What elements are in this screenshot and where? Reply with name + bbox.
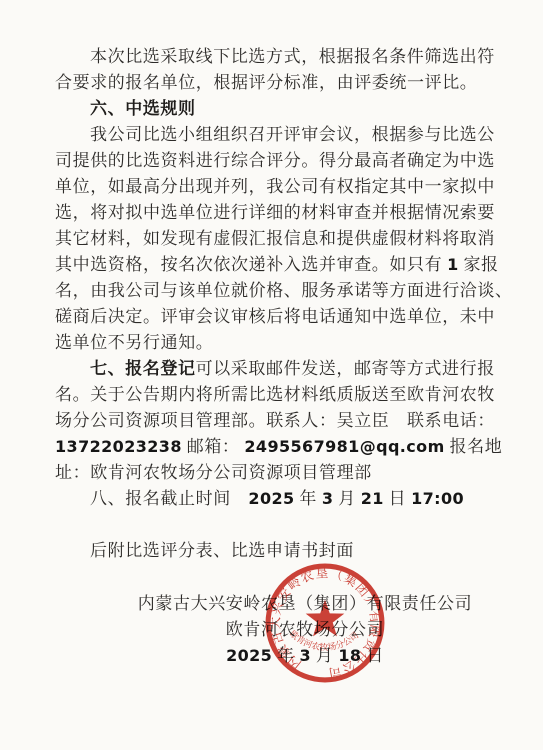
text-line: 司提供的比选资料进行综合评分。得分最高者确定为中选 xyxy=(55,148,503,174)
official-seal: 内蒙古大兴安岭农垦（集团）有限责任公司 欧肯河农牧场分公司 xyxy=(263,561,387,685)
text-segment: 可以采取邮件发送，邮寄等方式进行报 xyxy=(196,359,495,378)
numeric-text: 13722023238 xyxy=(55,437,182,456)
text-line: 其中选资格，按名次依次递补入选并审查。如只有 1 家报 xyxy=(55,252,503,278)
text-segment: 磋商后决定。评审会议审核后将电话通知中选单位，未中 xyxy=(55,307,495,326)
text-segment: 家报 xyxy=(459,255,499,274)
text-segment: 名。关于公告期内将所需比选材料纸质版送至欧肯河农牧 xyxy=(55,385,495,404)
text-segment: 司提供的比选资料进行综合评分。得分最高者确定为中选 xyxy=(55,151,495,170)
text-line: 名，由我公司与该单位就价格、服务承诺等方面进行洽谈、 xyxy=(55,278,503,304)
text-segment: 名，由我公司与该单位就价格、服务承诺等方面进行洽谈、 xyxy=(55,281,513,300)
text-segment: 月 xyxy=(333,489,360,508)
text-segment: 本次比选采取线下比选方式，根据报名条件筛选出符 xyxy=(90,47,495,66)
text-segment: 选，将对拟中选单位进行详细的材料审查并根据情况索要 xyxy=(55,203,495,222)
text-segment: 邮箱： xyxy=(182,437,245,456)
text-segment: 报名地 xyxy=(445,437,503,456)
text-segment: 年 xyxy=(295,489,322,508)
text-line: 磋商后决定。评审会议审核后将电话通知中选单位，未中 xyxy=(55,304,503,330)
numeric-text: 3 xyxy=(322,489,334,508)
text-segment: 址：欧肯河农牧场分公司资源项目管理部 xyxy=(55,463,372,482)
text-line: 我公司比选小组组织召开评审会议，根据参与比选公 xyxy=(55,122,503,148)
text-segment: 合要求的报名单位，根据评分标准，由评委统一评比。 xyxy=(55,73,477,92)
text-line: 址：欧肯河农牧场分公司资源项目管理部 xyxy=(55,460,503,486)
text-segment: 八、报名截止时间 xyxy=(90,489,248,508)
text-segment: 六、中选规则 xyxy=(90,99,196,118)
text-line: 单位，如最高分出现并列，我公司有权指定其中一家拟中 xyxy=(55,174,503,200)
contact-numbers-line: 13722023238 邮箱： 2495567981@qq.com 报名地 xyxy=(55,434,503,460)
seal-star-icon xyxy=(306,600,345,637)
text-segment: 其它材料，如发现有虚假汇报信息和提供虚假材料将取消 xyxy=(55,229,495,248)
text-line: 选，将对拟中选单位进行详细的材料审查并根据情况索要 xyxy=(55,200,503,226)
text-line: 本次比选采取线下比选方式，根据报名条件筛选出符 xyxy=(55,44,503,70)
text-line: 选单位不另行通知。 xyxy=(55,330,503,356)
section-heading-selection-rules: 六、中选规则 xyxy=(55,96,503,122)
deadline-line: 八、报名截止时间 2025 年 3 月 21 日 17:00 xyxy=(55,486,503,512)
text-segment: 其中选资格，按名次依次递补入选并审查。如只有 xyxy=(55,255,447,274)
text-line: 合要求的报名单位，根据评分标准，由评委统一评比。 xyxy=(55,70,503,96)
section-heading-registration: 七、报名登记可以采取邮件发送，邮寄等方式进行报 xyxy=(55,356,503,382)
text-segment: 选单位不另行通知。 xyxy=(55,333,213,352)
numeric-text: 2025 xyxy=(248,489,294,508)
text-line: 其它材料，如发现有虚假汇报信息和提供虚假材料将取消 xyxy=(55,226,503,252)
text-segment: 后附比选评分表、比选申请书封面 xyxy=(90,541,354,560)
text-segment: 我公司比选小组组织召开评审会议，根据参与比选公 xyxy=(90,125,495,144)
text-segment: 单位，如最高分出现并列，我公司有权指定其中一家拟中 xyxy=(55,177,495,196)
text-line: 名。关于公告期内将所需比选材料纸质版送至欧肯河农牧 xyxy=(55,382,503,408)
numeric-text: 2495567981@qq.com xyxy=(244,437,444,456)
text-line: 场分公司资源项目管理部。联系人：吴立臣 联系电话： xyxy=(55,408,503,434)
text-segment: 七、报名登记 xyxy=(90,359,196,378)
numeric-text: 17:00 xyxy=(411,489,464,508)
document-body: 本次比选采取线下比选方式，根据报名条件筛选出符合要求的报名单位，根据评分标准，由… xyxy=(0,0,543,564)
seal-inner-text: 欧肯河农牧场分公司 xyxy=(288,628,361,652)
numeric-text: 21 xyxy=(361,489,384,508)
document-page: 本次比选采取线下比选方式，根据报名条件筛选出符合要求的报名单位，根据评分标准，由… xyxy=(0,0,543,750)
numeric-text: 1 xyxy=(447,255,459,274)
text-segment: 日 xyxy=(384,489,411,508)
text-segment: 场分公司资源项目管理部。联系人：吴立臣 联系电话： xyxy=(55,411,495,430)
